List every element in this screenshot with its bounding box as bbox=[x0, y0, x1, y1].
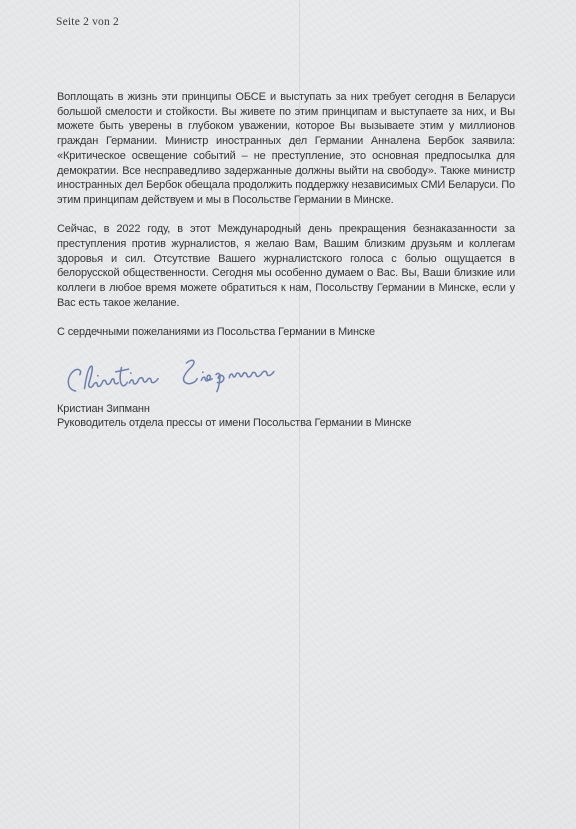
closing-line: С сердечными пожеланиями из Посольства Г… bbox=[57, 325, 515, 340]
page-number-header: Seite 2 von 2 bbox=[56, 16, 119, 28]
signatory-name: Кристиан Зипманн bbox=[57, 402, 515, 417]
paragraph-2: Сейчас, в 2022 году, в этот Международны… bbox=[57, 222, 515, 310]
scanned-letter-page: Seite 2 von 2 Воплощать в жизнь эти прин… bbox=[0, 0, 576, 829]
signatory-title: Руководитель отдела прессы от имени Посо… bbox=[57, 416, 515, 431]
letter-body: Воплощать в жизнь эти принципы ОБСЕ и вы… bbox=[57, 90, 515, 431]
paragraph-1: Воплощать в жизнь эти принципы ОБСЕ и вы… bbox=[57, 90, 515, 208]
signature-ink bbox=[59, 355, 281, 397]
handwritten-signature bbox=[59, 355, 281, 397]
